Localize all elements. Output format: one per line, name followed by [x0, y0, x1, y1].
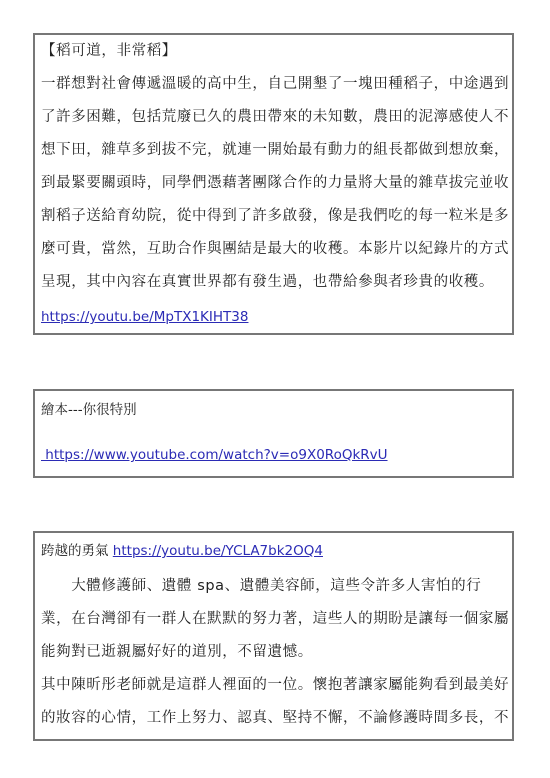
section-courage-video: 跨越的勇氣 https://youtu.be/YCLA7bk2OQ4 大體修護師…: [33, 531, 514, 741]
section-rice-video: 【稻可道，非常稻】 一群想對社會傳遞溫暖的高中生，自己開墾了一塊田種稻子，中途遇…: [33, 33, 514, 335]
video-link[interactable]: https://youtu.be/YCLA7bk2OQ4: [113, 543, 323, 559]
paragraph-line: 了許多困難，包括荒廢已久的農田帶來的未知數，農田的泥濘感使人不: [41, 108, 509, 126]
section-picture-book: 繪本---你很特別 https://www.youtube.com/watch?…: [33, 389, 514, 478]
paragraph-line: 想下田，雜草多到拔不完，就連一開始最有動力的組長都做到想放棄，: [41, 141, 509, 159]
paragraph-line: 一群想對社會傳遞溫暖的高中生，自己開墾了一塊田種稻子，中途遇到: [41, 75, 509, 93]
section-title: 【稻可道，非常稻】: [41, 42, 177, 60]
paragraph-line: 業，在台灣卻有一群人在默默的努力著，這些人的期盼是讓每一個家屬: [41, 610, 509, 628]
paragraph-line: 麼可貴，當然，互助合作與團結是最大的收穫。本影片以紀錄片的方式: [41, 240, 509, 258]
paragraph-line: 割稻子送給育幼院，從中得到了許多啟發，像是我們吃的每一粒米是多: [41, 207, 509, 225]
video-link[interactable]: https://youtu.be/MpTX1KIHT38: [41, 309, 248, 325]
section-title: 跨越的勇氣: [41, 543, 109, 559]
video-link[interactable]: https://www.youtube.com/watch?v=o9X0RoQk…: [41, 447, 388, 463]
section-title: 繪本---你很特別: [41, 401, 137, 419]
paragraph-line: 其中陳昕彤老師就是這群人裡面的一位。懷抱著讓家屬能夠看到最美好: [41, 676, 509, 694]
paragraph-line: 的妝容的心情，工作上努力、認真、堅持不懈，不論修護時間多長，不: [41, 709, 509, 727]
paragraph-line: 呈現，其中內容在真實世界都有發生過，也帶給參與者珍貴的收穫。: [41, 273, 494, 291]
paragraph-line: 能夠對已逝親屬好好的道別，不留遺憾。: [41, 643, 313, 661]
paragraph-line: 到最緊要關頭時，同學們憑藉著團隊合作的力量將大量的雜草拔完並收: [41, 174, 509, 192]
paragraph-line: 大體修護師、遺體 spa、遺體美容師，這些令許多人害怕的行: [41, 577, 481, 595]
